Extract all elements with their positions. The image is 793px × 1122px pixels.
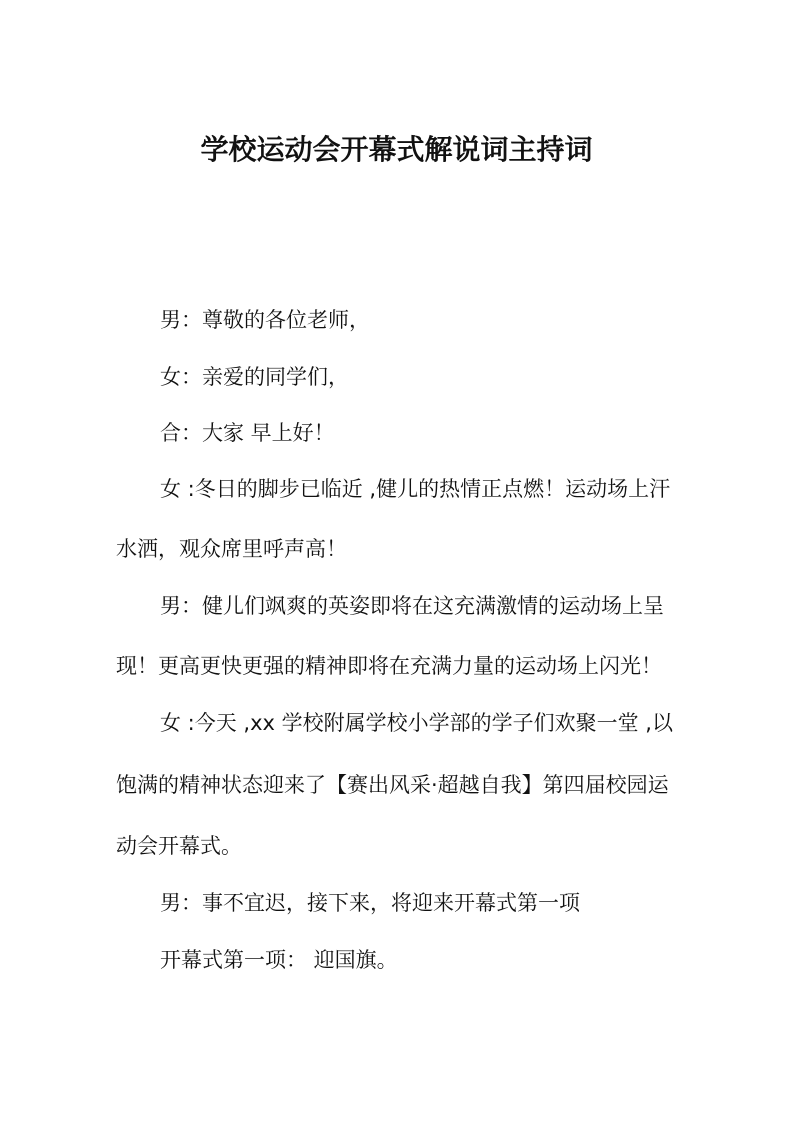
document-title: 学校运动会开幕式解说词主持词 — [0, 132, 793, 168]
paragraph-line: 男：事不宜迟，接下来，将迎来开幕式第一项 — [160, 889, 580, 917]
paragraph-line: 动会开幕式。 — [116, 832, 242, 860]
paragraph-line: 水洒，观众席里呼声高！ — [116, 535, 347, 563]
paragraph-line: 饱满的精神状态迎来了【赛出风采·超越自我】第四届校园运 — [116, 771, 669, 799]
paragraph-line: 合：大家 早上好！ — [160, 419, 335, 447]
paragraph-line: 现！更高更快更强的精神即将在充满力量的运动场上闪光！ — [116, 652, 662, 680]
paragraph-line: 女：亲爱的同学们， — [160, 363, 349, 391]
paragraph-line: 男：健儿们飒爽的英姿即将在这充满激情的运动场上呈 — [160, 592, 664, 620]
paragraph-line: 女 :冬日的脚步已临近 ,健儿的热情正点燃！运动场上汗 — [160, 475, 670, 503]
paragraph-line: 女 :今天 ,xx 学校附属学校小学部的学子们欢聚一堂 ,以 — [160, 709, 673, 737]
paragraph-line: 男：尊敬的各位老师， — [160, 306, 370, 334]
paragraph-line: 开幕式第一项： 迎国旗。 — [160, 946, 398, 974]
